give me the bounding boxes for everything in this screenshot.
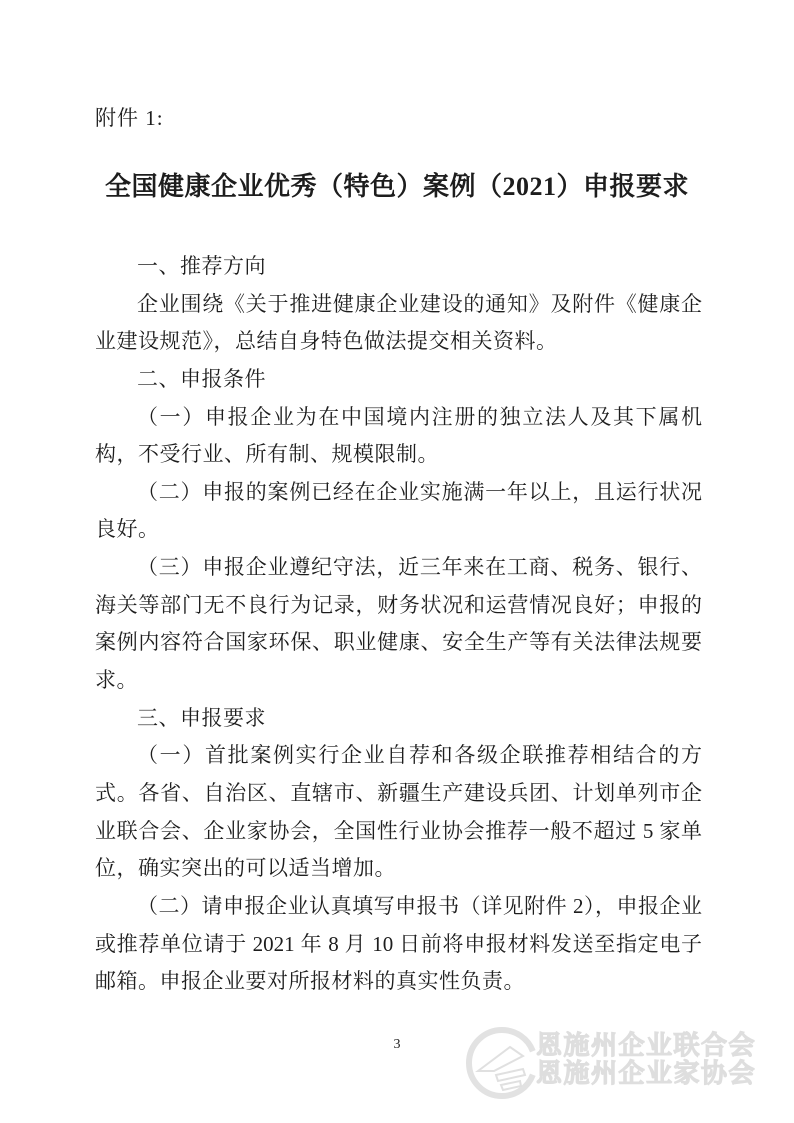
body-line: 良好。 <box>95 511 702 549</box>
body-line: 求。 <box>95 662 702 700</box>
body-line: 三、申报要求 <box>95 700 702 738</box>
body-line: 业建设规范》，总结自身特色做法提交相关资料。 <box>95 323 702 361</box>
body-line: 企业围绕《关于推进健康企业建设的通知》及附件《健康企 <box>95 286 702 324</box>
attachment-label: 附件 1: <box>95 104 164 132</box>
body-line: 构，不受行业、所有制、规模限制。 <box>95 436 702 474</box>
body-line: 海关等部门无不良行为记录，财务状况和运营情况良好；申报的 <box>95 587 702 625</box>
page-number: 3 <box>0 1036 794 1054</box>
body-line: 式。各省、自治区、直辖市、新疆生产建设兵团、计划单列市企 <box>95 775 702 813</box>
body-line: （一）首批案例实行企业自荐和各级企联推荐相结合的方 <box>95 737 702 775</box>
page-title: 全国健康企业优秀（特色）案例（2021）申报要求 <box>0 169 794 205</box>
body-line: （二）请申报企业认真填写申报书（详见附件 2），申报企业 <box>95 888 702 926</box>
body-line: 或推荐单位请于 2021 年 8 月 10 日前将申报材料发送至指定电子 <box>95 926 702 964</box>
body-line: （二）申报的案例已经在企业实施满一年以上，且运行状况 <box>95 474 702 512</box>
body-line: 邮箱。申报企业要对所报材料的真实性负责。 <box>95 963 702 1001</box>
body-line: 位，确实突出的可以适当增加。 <box>95 850 702 888</box>
body-line: （三）申报企业遵纪守法，近三年来在工商、税务、银行、 <box>95 549 702 587</box>
body-line: 业联合会、企业家协会，全国性行业协会推荐一般不超过 5 家单 <box>95 813 702 851</box>
watermark-org-2: 恩施州企业家协会 <box>536 1059 756 1087</box>
body-text: 一、推荐方向企业围绕《关于推进健康企业建设的通知》及附件《健康企业建设规范》，总… <box>95 248 702 1001</box>
body-line: 案例内容符合国家环保、职业健康、安全生产等有关法律法规要 <box>95 624 702 662</box>
document-page: 附件 1: 全国健康企业优秀（特色）案例（2021）申报要求 一、推荐方向企业围… <box>0 0 794 1123</box>
body-line: （一）申报企业为在中国境内注册的独立法人及其下属机 <box>95 399 702 437</box>
body-line: 一、推荐方向 <box>95 248 702 286</box>
body-line: 二、申报条件 <box>95 361 702 399</box>
